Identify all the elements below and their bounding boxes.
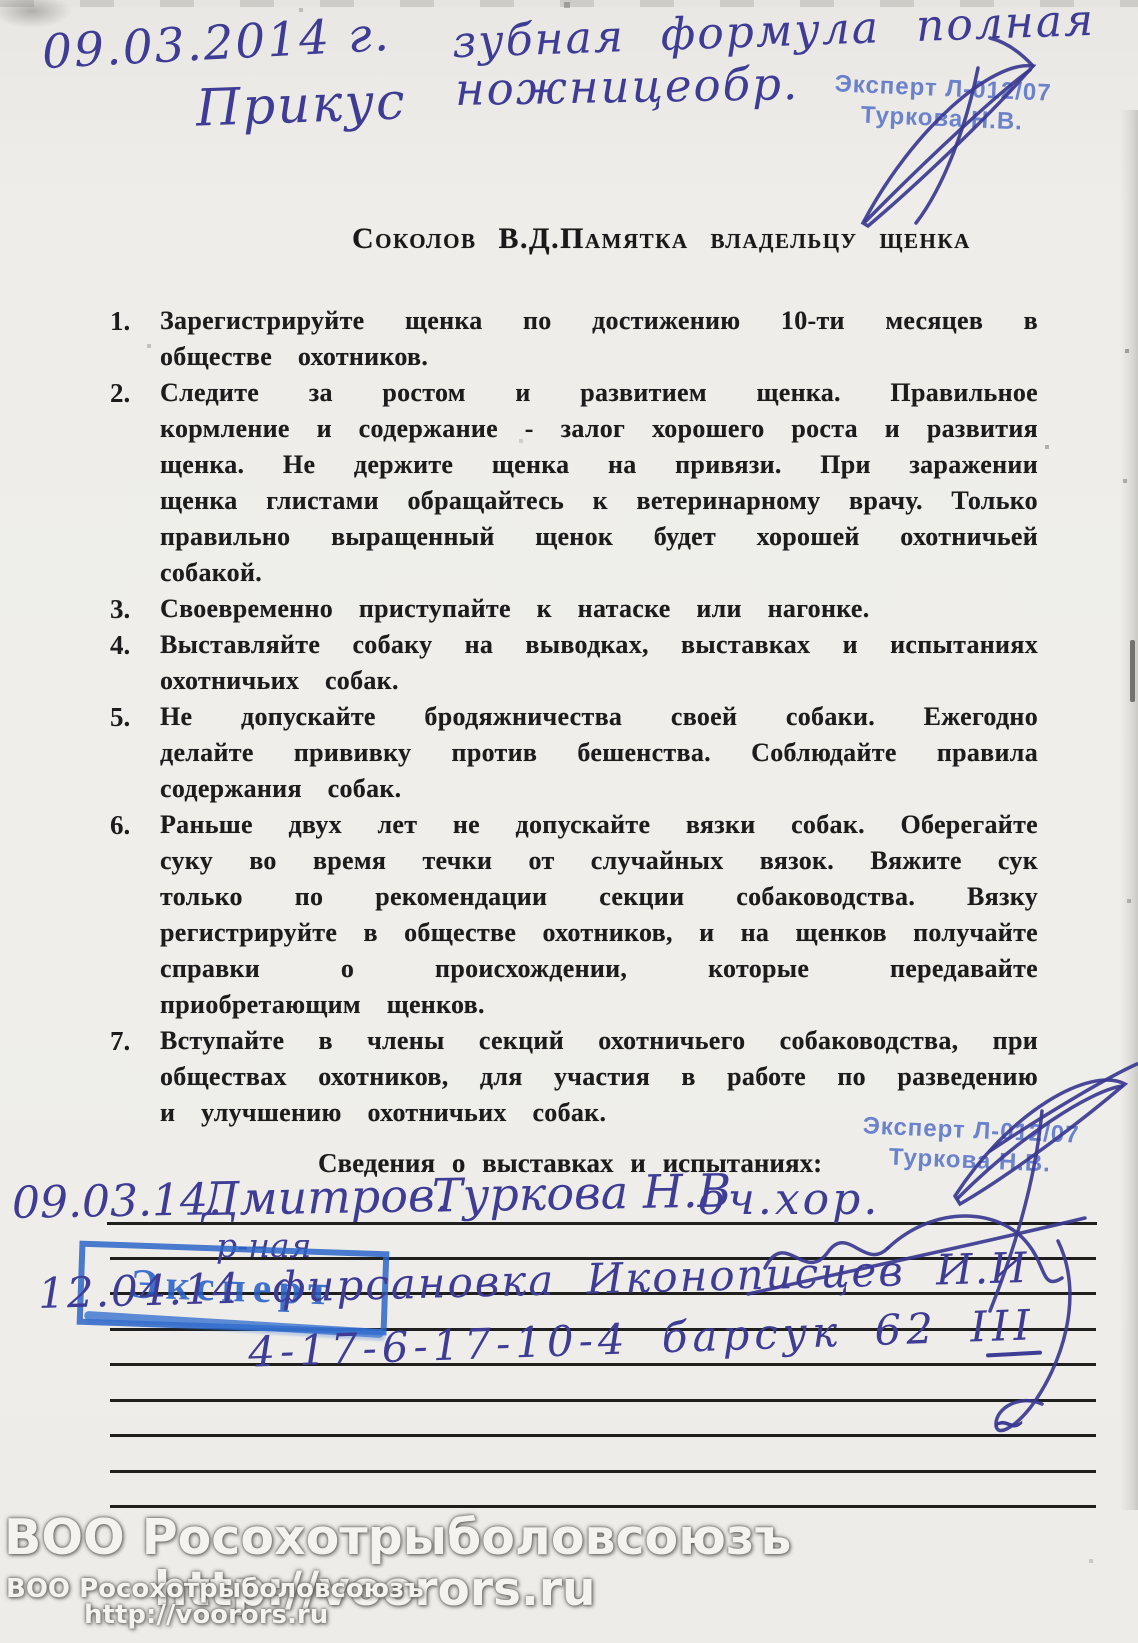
ruled-line [110,1505,1096,1508]
watermark-url-small: http://voorors.ru [84,1600,328,1630]
record-row1-expert: Туркова Н.В [432,1163,732,1222]
record-row1-date: 09.03.14. [12,1174,223,1229]
list-item-number: 2. [110,375,160,411]
list-item-number: 1. [110,303,160,339]
list-item-text: Выставляйте собаку на выводках, выставка… [160,627,1038,699]
list-item-text: Своевременно приступайте к натаске или н… [160,591,1038,627]
handwritten-bite-label: Прикус [195,72,408,138]
list-item-number: 6. [110,807,160,843]
scan-edge-mark [1130,640,1135,702]
list-item-text: Не допускайте бродяжничества своей собак… [160,699,1038,807]
list-item: 5.Не допускайте бродяжничества своей соб… [110,699,1038,807]
list-item: 3.Своевременно приступайте к натаске или… [110,591,1038,627]
scan-noise-specks [0,0,2,2]
watermark-org-large: ВОО Росохотрыболовсоюзъ [4,1509,791,1566]
list-item-number: 4. [110,627,160,663]
memo-list: 1.Зарегистрируйте щенка по достижению 10… [110,303,1038,1131]
list-item-text: Следите за ростом и развитием щенка. Пра… [160,375,1038,591]
list-item-number: 5. [110,699,160,735]
list-item: 6.Раньше двух лет не допускайте вязки со… [110,807,1038,1023]
list-item: 2.Следите за ростом и развитием щенка. П… [110,375,1038,591]
handwritten-date: 09.03.2014 г. [41,7,392,80]
handwritten-bite-value: ножницеобр. [455,57,800,116]
list-item-number: 3. [110,591,160,627]
list-item: 4.Выставляйте собаку на выводках, выстав… [110,627,1038,699]
record-row1-place: Дмитров. [202,1168,450,1226]
list-item-number: 7. [110,1023,160,1059]
list-item-text: Раньше двух лет не допускайте вязки соба… [160,807,1038,1023]
list-item-text: Зарегистрируйте щенка по достижению 10-т… [160,303,1038,375]
list-item: 1.Зарегистрируйте щенка по достижению 10… [110,303,1038,375]
scanned-document-page: 09.03.2014 г. зубная формула полная Прик… [0,0,1138,1643]
ruled-line [110,1470,1096,1473]
page-title: Соколов В.Д.Памятка владельцу щенка [352,222,971,256]
